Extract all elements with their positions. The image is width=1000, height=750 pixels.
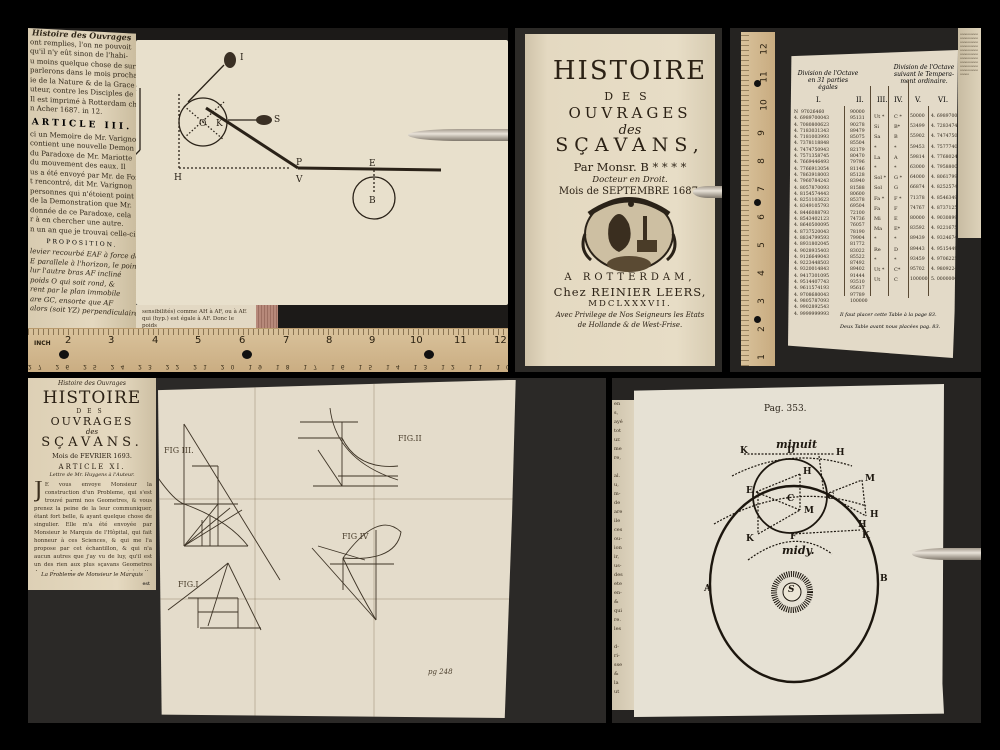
ruler-number: 12: [494, 335, 507, 346]
ruler-number: 5: [195, 335, 201, 346]
column-rule: [870, 86, 871, 296]
article-heading: ARTICLE XI.: [28, 463, 156, 471]
ruler-hole: [754, 199, 761, 206]
lever-diagram-plate: C G O K I S H V P E B: [136, 40, 508, 305]
title-histoire: HISTOIRE: [28, 388, 156, 408]
text-fragment: u,: [614, 481, 634, 490]
inch-ruler: INCH 2 3 4 5 6 7 8 9 10 11 12 27 26 25 2…: [28, 328, 508, 372]
photo-panel-octave-table: 1 2 3 4 5 6 7 8 9 10 11 12 Division de l…: [730, 28, 981, 372]
ruler-number: 11: [760, 71, 770, 82]
text-fragment: ile: [614, 517, 634, 526]
ruler-number: 10: [410, 335, 423, 346]
label-p: P: [296, 158, 302, 168]
point-label: H: [803, 467, 812, 477]
text-fragment: des: [614, 571, 634, 580]
text-fragment: us-: [614, 562, 634, 571]
ruler-number: 5: [757, 242, 767, 248]
hand-icon: [224, 52, 236, 68]
label-o: O: [199, 119, 206, 129]
column-5-values: 50000 53499 55902 59453 59814 63000 6400…: [910, 112, 928, 285]
text-fragment: de: [614, 499, 634, 508]
text-fragment: ir,: [614, 553, 634, 562]
imprint-publisher: Chez REINIER LEERS,: [549, 285, 711, 299]
ruler-hole: [424, 350, 434, 359]
text-fragment: ur.: [614, 436, 634, 445]
point-label: H: [836, 448, 845, 458]
column-header: III.: [877, 96, 888, 104]
ruler-number: 9: [757, 130, 767, 136]
ruler-unit-label: INCH: [34, 340, 51, 347]
last-line: La Probleme de Monsieur le Marquis: [28, 572, 156, 578]
text-fragment: &: [614, 598, 634, 607]
text-fragment: tot: [614, 427, 634, 436]
header-temperament: Division de l'Octave suivant le Tempera-…: [892, 64, 956, 85]
column-1-values: N 97026460 4. 6989700043 4. 7080800623 4…: [794, 110, 829, 318]
ruler-number: 6: [757, 214, 767, 220]
point-label: E: [746, 486, 753, 496]
ruler-number: 4: [152, 335, 158, 346]
imprint-year: MDCLXXXVII.: [549, 299, 711, 309]
label-b: B: [369, 196, 376, 206]
issue-date: Mois de FEVRIER 1693.: [28, 452, 156, 460]
imprint-place: A ROTTERDAM,: [549, 272, 711, 283]
ruler-ticks: [741, 32, 749, 366]
photo-panel-lever-diagram: Histoire des Ouvrages ont remplies, l'on…: [28, 28, 508, 372]
handwritten-note: pg 248: [428, 668, 453, 676]
figure-label-ii: FIG.II: [398, 434, 422, 443]
book-page-edge: oooooooooooooooooooooooooooooooooooooooo…: [958, 28, 981, 238]
label-minuit: minuit: [776, 438, 817, 451]
letter-opener-blade: [912, 548, 981, 560]
ruler-number: 6: [239, 335, 245, 346]
letter-opener-blade: [408, 129, 508, 141]
ruler-number: 8: [757, 158, 767, 164]
column-rule: [888, 86, 889, 296]
figure-label-i: FIG.I: [178, 580, 199, 589]
ruler-number: 8: [326, 335, 332, 346]
column-3-values: Ut * Si Sa * La * Sol * Sol Fa * Fa Mi M…: [874, 112, 886, 285]
text-fragment: are: [614, 508, 634, 517]
text-fragment: qui: [614, 607, 634, 616]
text-fragment: sse: [614, 661, 634, 670]
ruler-number: 12: [760, 43, 770, 54]
point-label: B: [880, 574, 888, 584]
point-label: K: [740, 446, 748, 456]
text-fragment: al.: [614, 472, 634, 481]
ruler-ticks: [28, 329, 508, 335]
ruler-hole: [59, 350, 69, 359]
text-fragment: d-: [614, 643, 634, 652]
diagram-page: Pag. 353.: [634, 384, 944, 717]
point-label: K: [746, 534, 754, 544]
label-s: S: [274, 115, 280, 125]
left-page-edge: ens,ayétotur.mere, al.u,m-deareilecesou-…: [612, 400, 634, 710]
text-fragment: s,: [614, 409, 634, 418]
label-midy: midy.: [782, 544, 814, 557]
text-fragment: en: [614, 400, 634, 409]
letter-heading: Lettre de Mr. Huygens à l'Auteur.: [28, 472, 156, 478]
point-label: C: [787, 494, 794, 504]
left-text-page: Histoire des Ouvrages ont remplies, l'on…: [28, 28, 136, 334]
privilege-line-1: Avec Privilege de Nos Seigneurs les Etat…: [549, 311, 711, 319]
ruler-hole: [754, 316, 761, 323]
text-fragment: ayé: [614, 418, 634, 427]
column-rule: [908, 80, 909, 298]
column-header: V.: [915, 96, 921, 104]
ruler-number: 4: [757, 270, 767, 276]
header-equal-division: Division de l'Octave en 31 parties égale…: [796, 70, 860, 91]
column-header: IV.: [894, 96, 903, 104]
title-des: DES: [28, 408, 156, 415]
point-label: M: [804, 506, 814, 516]
label-i: I: [240, 53, 244, 63]
hand-icon: [256, 115, 272, 125]
ruler-number: 11: [454, 335, 467, 346]
catchword: est: [142, 581, 150, 587]
letter-opener-blade: [693, 186, 722, 198]
figure-label-iii: FIG III.: [164, 446, 194, 455]
text-fragment: [614, 463, 634, 472]
point-label: M: [865, 474, 875, 484]
text-fragment: la: [614, 679, 634, 688]
text-fragment: &: [614, 670, 634, 679]
point-label: F: [790, 532, 796, 542]
article-body: JE vous envoye Monsieur la construction …: [34, 481, 152, 571]
column-header: II.: [856, 96, 864, 104]
drop-cap: J: [34, 481, 43, 501]
text-fragment: ion: [614, 544, 634, 553]
text-fragment: ut: [614, 688, 634, 697]
ruler-number: 2: [65, 335, 71, 346]
text-fragment: [614, 634, 634, 643]
privilege-line-2: de Hollande & de West-Frise.: [549, 321, 711, 329]
point-label: A: [704, 584, 711, 594]
text-fragment: en-: [614, 589, 634, 598]
octave-table-sheet: Division de l'Octave en 31 parties égale…: [788, 50, 958, 358]
label-c: C: [136, 85, 137, 95]
title-ouvrages: OUVRAGES: [28, 415, 156, 428]
column-header: VI.: [938, 96, 948, 104]
geometry-figures-foldout: FIG III. FIG.II FIG IV FIG.I pg 248: [158, 380, 523, 718]
column-rule: [928, 106, 929, 296]
body-text: E vous envoye Monsieur la construction d…: [34, 482, 152, 571]
ruler-number: 10: [760, 99, 770, 110]
ruler-hole: [754, 80, 761, 87]
column-header: I.: [816, 96, 821, 104]
column-2-values: 90000 95131 90278 89479 85075 85504 8217…: [850, 110, 868, 305]
book-page-text: oooooooooooooooooooooooooooooooooooooooo…: [958, 28, 981, 80]
text-line: sensibilités) comme AH à AF, ou à AE: [142, 309, 250, 316]
vertical-ruler: 1 2 3 4 5 6 7 8 9 10 11 12: [741, 32, 775, 366]
ruler-number: 3: [757, 298, 767, 304]
label-k: K: [216, 119, 223, 129]
geometry-figures-svg: [158, 380, 523, 718]
point-label: H: [870, 510, 879, 520]
label-v: V: [295, 175, 303, 185]
text-fragment: ou-: [614, 535, 634, 544]
ruler-number: 2: [757, 326, 767, 332]
title-page-1693: Histoire des Ouvrages HISTOIRE DES OUVRA…: [28, 378, 156, 590]
running-head: Histoire des Ouvrages: [28, 380, 156, 387]
point-label: K: [862, 531, 870, 541]
sun-label: S: [788, 585, 795, 595]
ruler-number: 1: [757, 354, 767, 360]
photo-panel-astronomy-diagram: ens,ayétotur.mere, al.u,m-deareilecesou-…: [612, 378, 981, 723]
photo-panel-title-page-1693: Histoire des Ouvrages HISTOIRE DES OUVRA…: [28, 378, 606, 723]
title-page: HISTOIRE DES OUVRAGES des SÇAVANS, Par M…: [525, 34, 715, 366]
text-fragment: ri-: [614, 652, 634, 661]
ruler-cm-scale: 27 26 25 24 23 22 21 20 19 18 17 16 15 1…: [28, 363, 508, 370]
column-4-values: C * B* B * A * G * G F * F E E* * D * C*…: [894, 112, 902, 285]
point-label: H: [858, 520, 867, 530]
figure-label-iv: FIG IV: [342, 532, 369, 541]
text-fragment: re,: [614, 454, 634, 463]
point-label: G: [827, 492, 835, 502]
placement-note: Il faut placer cette Table à la page 83.: [840, 312, 937, 318]
label-h: H: [174, 173, 182, 183]
text-fragment: me: [614, 445, 634, 454]
ruler-number: 3: [108, 335, 114, 346]
point-label: D: [787, 446, 795, 456]
placement-note-2: Deux Table avant nous placées pag. 83.: [840, 324, 940, 330]
text-fragment: re.: [614, 616, 634, 625]
text-fragment: ete: [614, 580, 634, 589]
label-e: E: [369, 159, 376, 169]
photo-panel-title-page-1687: HISTOIRE DES OUVRAGES des SÇAVANS, Par M…: [515, 28, 722, 372]
left-page-text: ens,ayétotur.mere, al.u,m-deareilecesou-…: [612, 400, 634, 697]
text-fragment: m-: [614, 490, 634, 499]
ruler-number: 7: [283, 335, 289, 346]
column-rule: [844, 106, 845, 296]
ruler-number: 7: [757, 186, 767, 192]
ruler-number: 9: [369, 335, 375, 346]
title-scavans: SÇAVANS.: [28, 435, 156, 450]
text-fragment: ces: [614, 526, 634, 535]
text-fragment: les: [614, 625, 634, 634]
lever-diagram-svg: C G O K I S H V P E B: [136, 40, 508, 305]
ruler-hole: [242, 350, 252, 359]
